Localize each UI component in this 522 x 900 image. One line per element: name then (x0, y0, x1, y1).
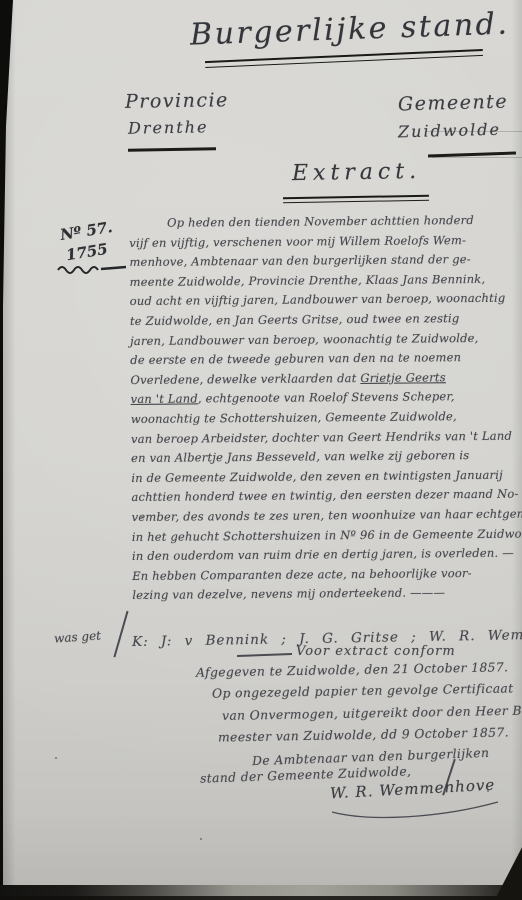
was-signed-note: was get (54, 628, 102, 645)
province-name: Drenthe (128, 117, 209, 137)
stamp-note-line: meester van Zuidwolde, dd 9 October 1857… (218, 725, 509, 744)
municipality-label: Gemeente (398, 91, 509, 116)
body-line: Op heden den tienden November achttien h… (129, 211, 511, 234)
photo-bottom-edge-line (0, 896, 522, 900)
act-year: 1755 (65, 240, 109, 264)
body-line: woonachtig te Schottershuizen, Gemeente … (131, 407, 513, 430)
body-line: En hebben Comparanten deze acte, na beho… (132, 563, 514, 586)
province-underline (128, 147, 216, 152)
margin-slash-stroke (113, 611, 128, 658)
issued-line: Afgegeven te Zuidwolde, den 21 October 1… (196, 660, 509, 679)
stamp-note-line: Op ongezegeld papier ten gevolge Certifi… (212, 681, 514, 700)
printed-rule (432, 157, 522, 158)
deceased-name-underlined: van 't Land (131, 392, 198, 407)
body-line: de eerste en de tweede geburen van den n… (130, 348, 512, 371)
body-text: Overledene, dewelke verklaarden dat (130, 371, 360, 387)
paper-speck (487, 790, 489, 792)
photo-left-edge-shadow (0, 0, 16, 900)
paper-speck (200, 838, 202, 840)
province-label: Provincie (125, 89, 229, 113)
conform-dash (237, 653, 292, 656)
body-line: vember, des avonds te zes uren, ten woon… (132, 505, 514, 528)
signature-flourish (330, 798, 502, 824)
registry-title: Burgerlijke stand. (189, 6, 509, 52)
scanned-document-photo: Burgerlijke stand. Provincie Drenthe Gem… (0, 0, 522, 900)
municipality-name: Zuidwolde (398, 120, 501, 142)
deceased-name-underlined: Grietje Geerts (360, 370, 446, 385)
extract-double-underline (283, 195, 429, 204)
stamp-note-line: van Onvermogen, uitgereikt door den Heer… (222, 703, 522, 723)
title-double-underline (205, 49, 483, 68)
conform-line: Voor extract conform (296, 644, 456, 659)
body-line: lezing van dezelve, nevens mij onderteek… (132, 583, 514, 606)
paper-speck (141, 516, 143, 518)
act-number-squiggle-underline (56, 262, 138, 274)
body-line: te Zuidwolde, en Jan Geerts Gritse, oud … (130, 309, 512, 332)
paper-speck (55, 757, 57, 759)
body-text: , echtgenoote van Roelof Stevens Scheper… (198, 390, 455, 406)
extract-heading: Extract. (292, 159, 422, 186)
act-body-paragraph: Op heden den tienden November achttien h… (129, 211, 514, 606)
